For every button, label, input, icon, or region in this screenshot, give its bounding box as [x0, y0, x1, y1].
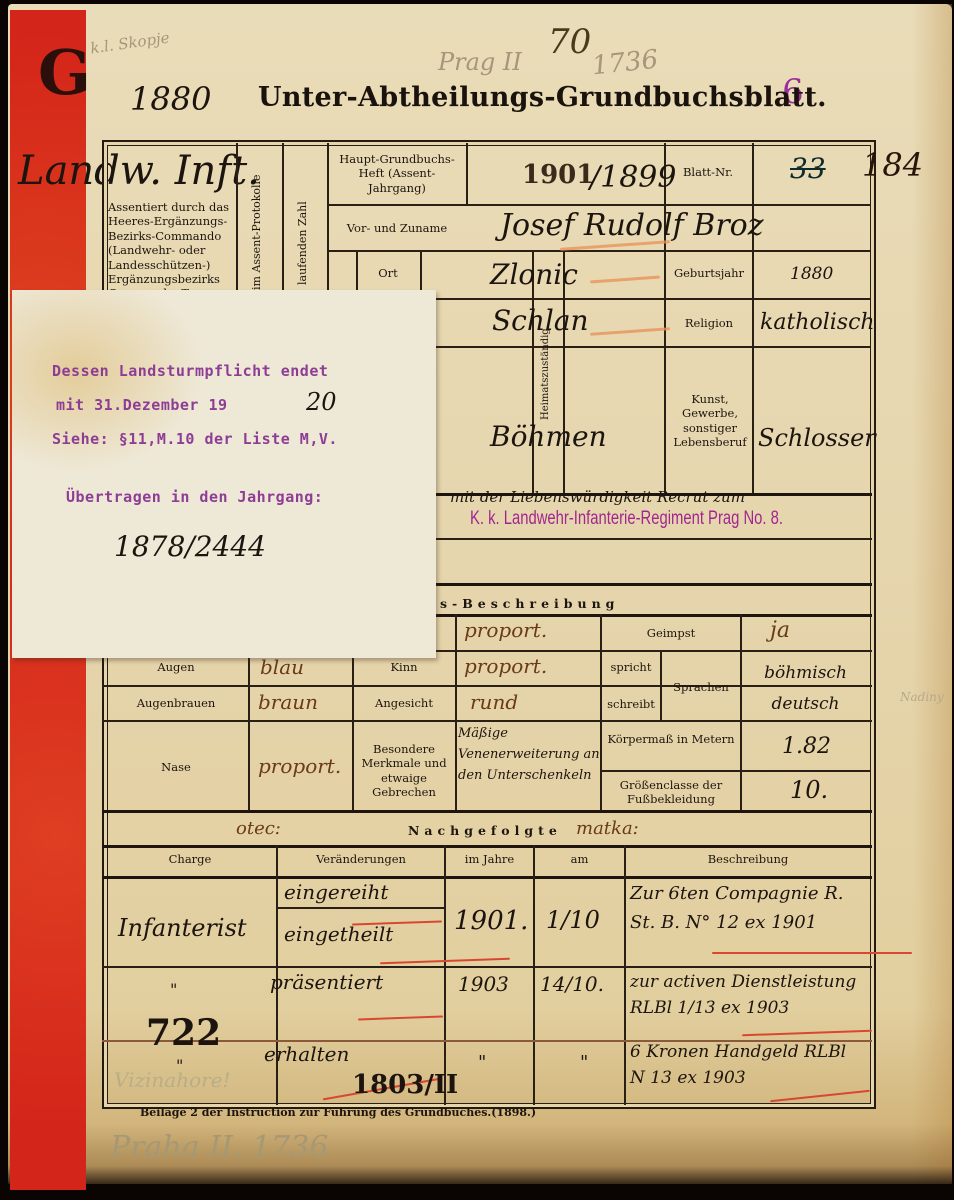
row3-date: " — [580, 1052, 588, 1073]
row2-charge: " — [170, 980, 177, 999]
column-header-am: am — [535, 852, 624, 866]
pencil-margin-right: Nadiny — [900, 690, 944, 704]
hauptgrundbuch-label: Haupt-Grundbuchs-Heft (Assent-Jahrgang) — [330, 152, 464, 195]
grid-line — [533, 845, 535, 1105]
land-value: Böhmen — [490, 420, 607, 453]
grid-line — [102, 966, 872, 968]
augen-label: Augen — [106, 660, 246, 674]
transfer-note: mit der Liebenswürdigkeit Recrut zum — [450, 488, 745, 506]
hauptgrundbuch-handwritten: /1899 — [590, 160, 676, 195]
grid-line — [102, 845, 872, 848]
grid-line — [466, 143, 468, 205]
row1-change-1: eingereiht — [284, 880, 388, 904]
heimat-label: Heimatszuständig — [540, 328, 551, 420]
regiment-stamp: K. k. Landwehr-Infanterie-Regiment Prag … — [470, 508, 783, 530]
margin-number: 722 — [146, 1012, 221, 1054]
year-handwritten: 1880 — [130, 80, 211, 118]
ort-label: Ort — [356, 266, 420, 280]
bezirk-value: Schlan — [492, 304, 589, 337]
description-section-title: s-Beschreibung — [440, 596, 619, 611]
row1-date: 1/10 — [546, 906, 600, 934]
nase-label: Nase — [106, 760, 246, 774]
augenbrauen-label: Augenbrauen — [106, 696, 246, 710]
grid-line — [624, 845, 626, 1105]
nase-value: proport. — [258, 754, 341, 778]
slip-line-4: Übertragen in den Jahrgang: — [66, 488, 323, 506]
row2-year: 1903 — [458, 972, 509, 996]
assentiert-label: Assentiert durch das Heeres-Ergänzungs-B… — [108, 200, 234, 301]
column-header-veraenderungen: Veränderungen — [278, 852, 444, 866]
grid-line — [102, 810, 872, 813]
groessenclasse-label: Größenclasse der Fußbekleidung — [602, 778, 740, 807]
grid-line — [444, 845, 446, 1105]
grid-line — [455, 614, 457, 810]
geimpft-value: ja — [770, 618, 790, 643]
grid-line — [327, 250, 870, 252]
slip-line-3: Siehe: §11,M.10 der Liste M,V. — [52, 430, 338, 448]
column-header-charge: Charge — [104, 852, 276, 866]
pencil-note-bottom: Praha II. 1736 — [110, 1130, 328, 1165]
augen-value: blau — [260, 655, 304, 679]
row2-date: 14/10. — [540, 972, 604, 996]
margin-letter: G — [38, 36, 91, 109]
beruf-label: Kunst, Gewerbe, sonstiger Lebensberuf — [668, 392, 752, 450]
spricht-label: spricht — [602, 660, 660, 674]
koerpermass-value: 1.82 — [782, 734, 831, 759]
mund-value: proport. — [464, 618, 547, 642]
religion-label: Religion — [666, 316, 752, 330]
pencil-note-prag: Prag II — [438, 48, 522, 76]
row1-year: 1901. — [454, 906, 528, 936]
bottom-reference: 1803/II — [352, 1070, 458, 1100]
column-header-im-jahre: im Jahre — [446, 852, 533, 866]
angesicht-value: rund — [470, 690, 518, 714]
grid-line — [327, 204, 870, 206]
row1-change-2: eingetheilt — [284, 922, 393, 946]
changes-section-title: Nachgefolgte — [408, 823, 562, 838]
grid-line — [740, 614, 742, 810]
slip-line-1: Dessen Landsturmpflicht endet — [52, 362, 328, 380]
row3-description: 6 Kronen Handgeld RLBl N 13 ex 1903 — [630, 1040, 866, 1091]
protokoll-label: im Assent-Protokolle — [250, 174, 263, 290]
groessenclasse-value: 10. — [790, 776, 828, 804]
angesicht-label: Angesicht — [354, 696, 454, 710]
grid-line — [600, 770, 870, 772]
slip-line-2: mit 31.Dezember 19 — [56, 396, 228, 414]
row3-change: erhalten — [264, 1042, 349, 1066]
grid-line — [236, 143, 238, 293]
schreibt-label: schreibt — [602, 697, 660, 711]
beruf-value: Schlosser — [758, 424, 876, 452]
blatt-label: Blatt-Nr. — [666, 165, 750, 179]
augenbrauen-value: braun — [258, 690, 318, 714]
row1-charge: Infanterist — [118, 914, 247, 942]
geburtsjahr-label: Geburtsjahr — [666, 266, 752, 280]
mother-note: matka: — [576, 818, 639, 839]
hauptgrundbuch-printed: 1901 — [522, 160, 594, 190]
slip-transfer-value: 1878/2444 — [114, 530, 266, 563]
column-header-beschreibung: Beschreibung — [626, 852, 870, 866]
grid-line — [102, 876, 872, 879]
row2-change: präsentiert — [270, 970, 383, 994]
blatt-value: 184 — [862, 146, 923, 184]
row2-description: zur activen Dienstleistung RLBl 1/13 ex … — [630, 970, 866, 1021]
red-mark — [712, 952, 912, 954]
footer-text: Beilage 2 der Instruction zur Führung de… — [140, 1106, 536, 1119]
father-note: otec: — [236, 818, 281, 839]
grid-line — [282, 143, 284, 293]
name-value: Josef Rudolf Broz — [500, 208, 764, 243]
grid-line — [276, 907, 446, 909]
sprachen-label: Sprachen — [662, 680, 740, 694]
kinn-value: proport. — [464, 654, 547, 678]
religion-value: katholisch — [760, 310, 875, 335]
koerpermass-label: Körpermaß in Metern — [602, 732, 740, 746]
top-handwritten-number: 70 — [548, 22, 591, 62]
grid-line — [752, 143, 754, 493]
merkmale-label: Besondere Merkmale und etwaige Gebrechen — [354, 742, 454, 800]
page-title: Unter-Abtheilungs-Grundbuchsblatt. — [258, 82, 827, 113]
grid-line — [102, 720, 872, 722]
geimpft-label: Geimpst — [602, 626, 740, 640]
ort-value: Zlonic — [490, 258, 578, 291]
sprachen-value: böhmisch deutsch — [748, 658, 863, 719]
name-label: Vor- und Zuname — [330, 221, 464, 235]
merkmale-value: Mäßige Venenerweiterung an den Untersche… — [458, 724, 600, 786]
blatt-value-struck: 33 — [790, 152, 826, 185]
geburtsjahr-value: 1880 — [790, 264, 833, 284]
row3-year: " — [478, 1052, 486, 1073]
row1-description: Zur 6ten Compagnie R. St. B. N° 12 ex 19… — [630, 880, 866, 938]
pencil-note-bottom-left: Vizinahore! — [114, 1068, 231, 1092]
kinn-label: Kinn — [354, 660, 454, 674]
slip-year-handwritten: 20 — [306, 388, 337, 416]
pasted-slip: Dessen Landsturmpflicht endet mit 31.Dez… — [12, 290, 436, 658]
laufende-zahl-label: laufenden Zahl — [296, 201, 309, 285]
